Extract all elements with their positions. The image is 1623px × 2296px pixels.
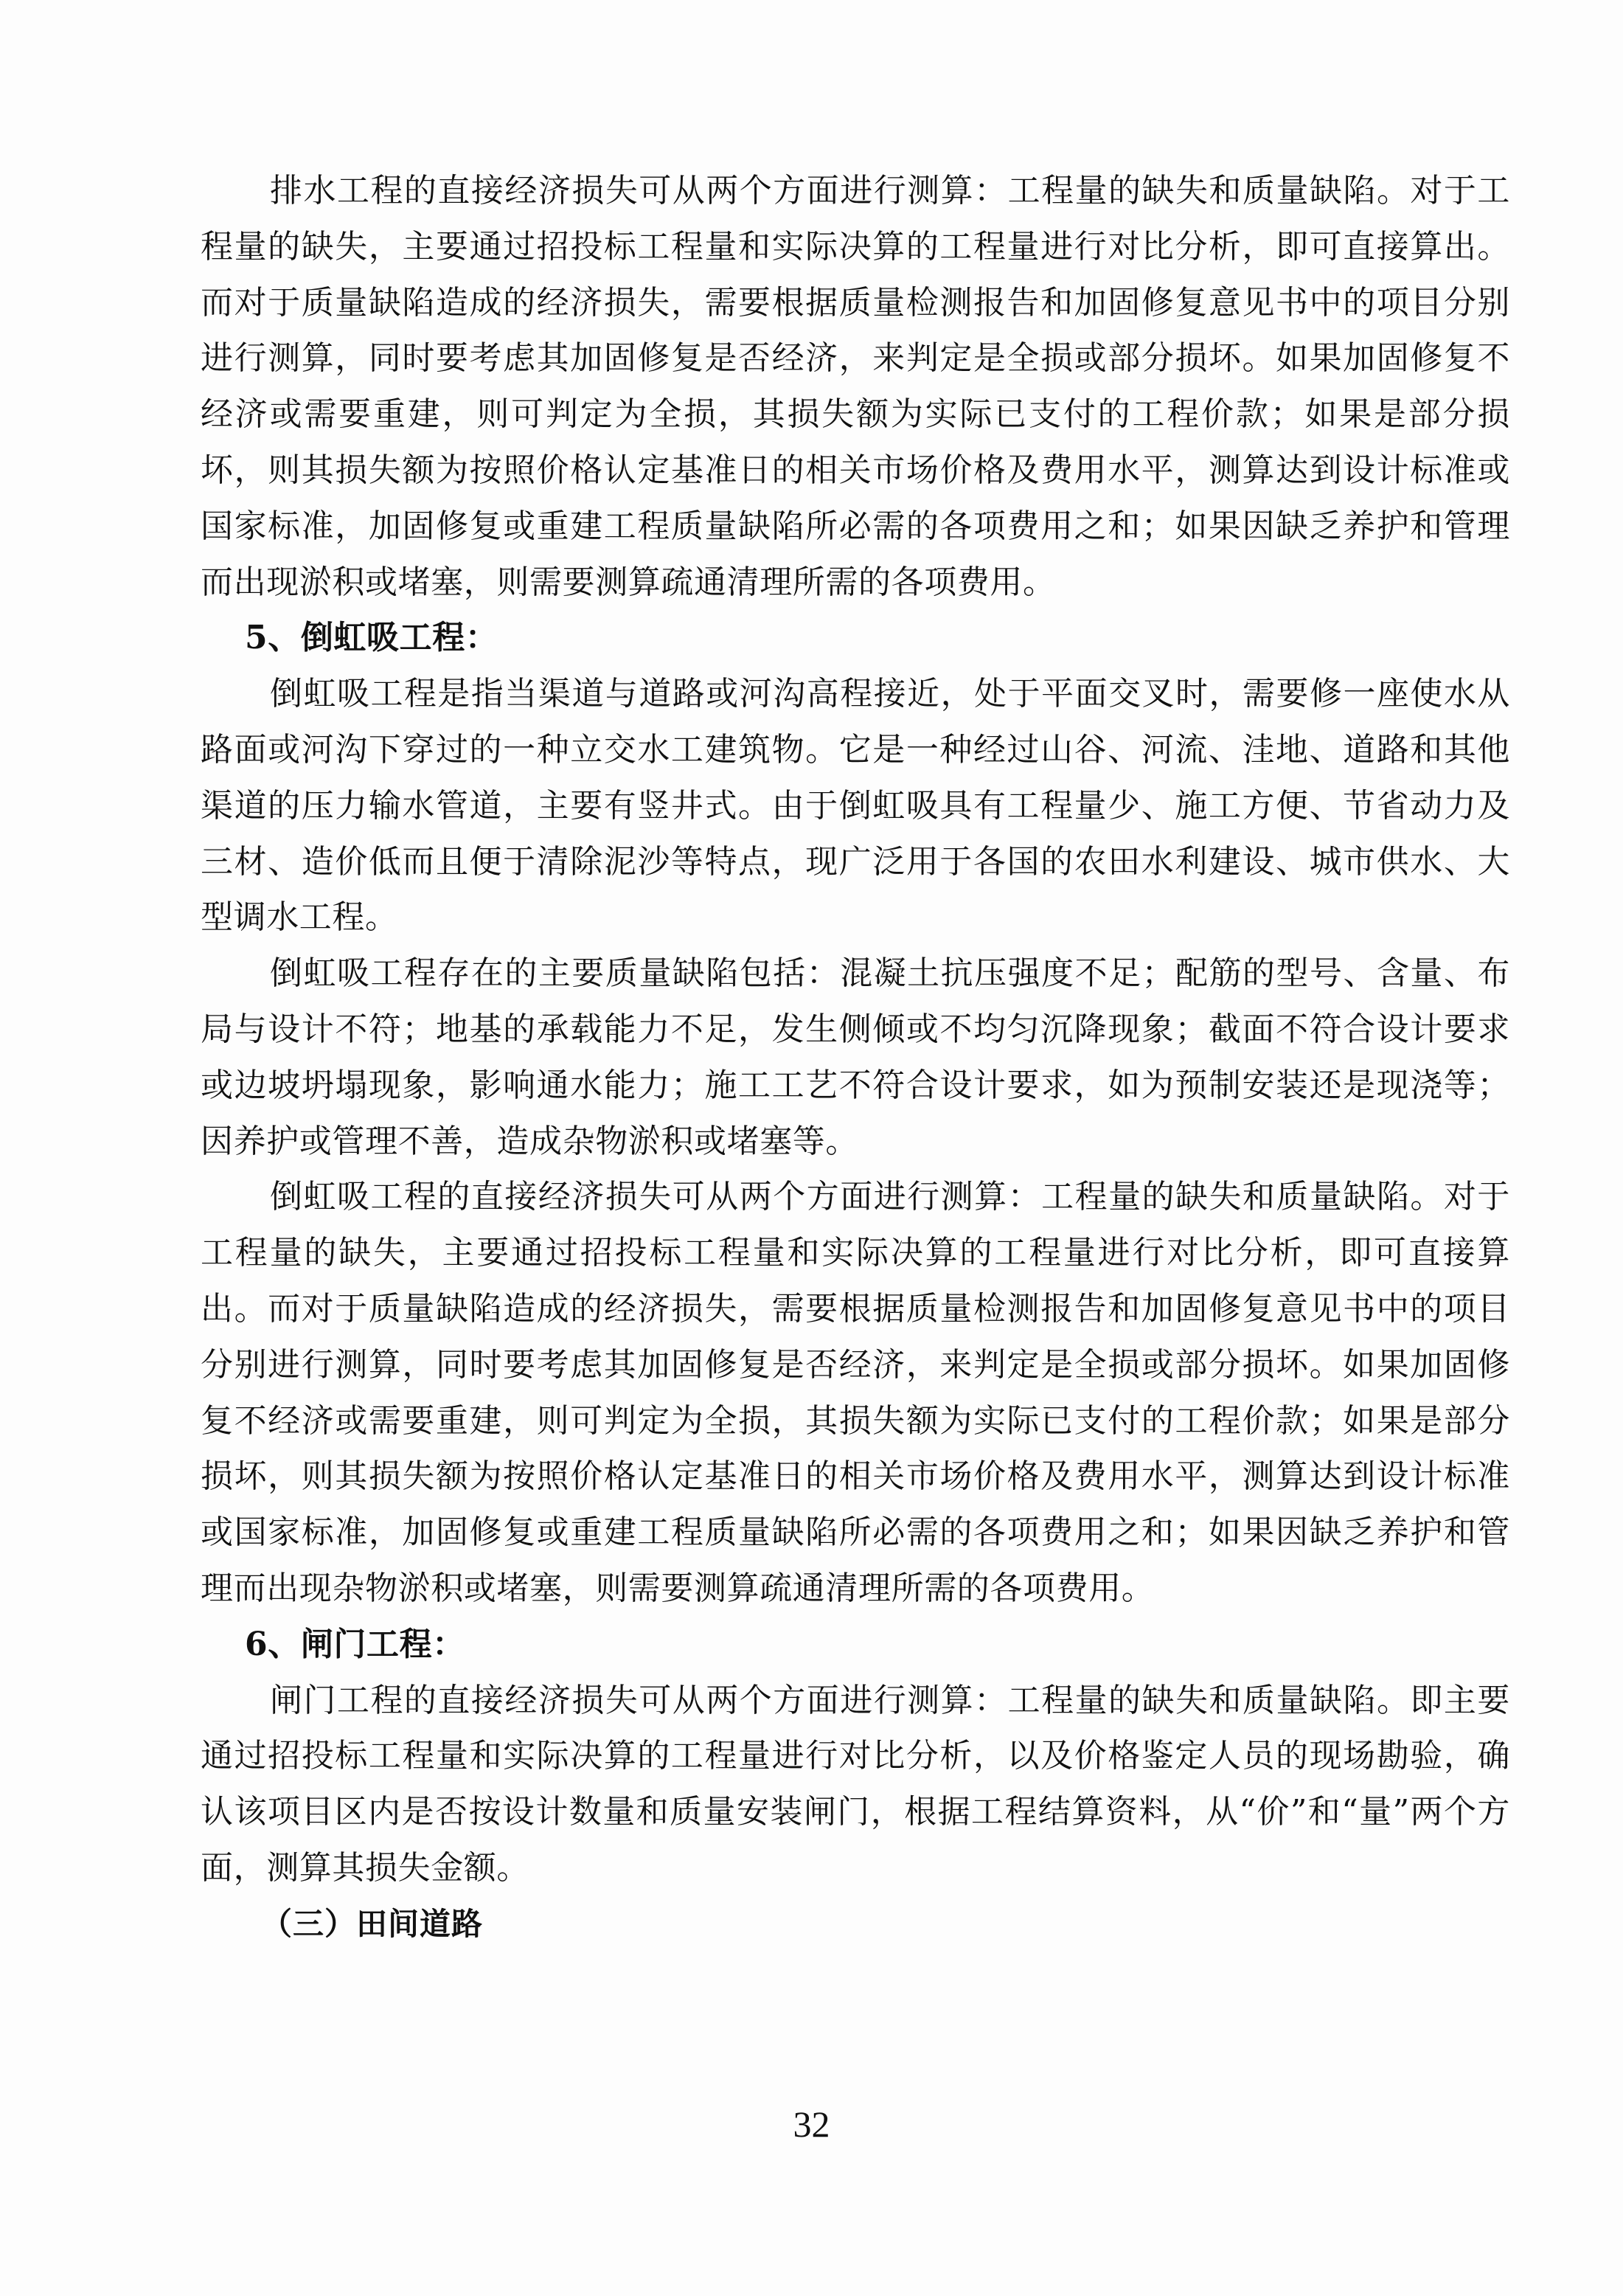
heading-inverted-siphon: 5、倒虹吸工程：	[201, 610, 1510, 666]
heading-sluice-gate: 6、闸门工程：	[201, 1617, 1510, 1673]
paragraph-drainage-loss: 排水工程的直接经济损失可从两个方面进行测算：工程量的缺失和质量缺陷。对于工程量的…	[201, 163, 1510, 610]
paragraph-siphon-loss: 倒虹吸工程的直接经济损失可从两个方面进行测算：工程量的缺失和质量缺陷。对于工程量…	[201, 1169, 1510, 1616]
paragraph-siphon-definition: 倒虹吸工程是指当渠道与道路或河沟高程接近，处于平面交叉时，需要修一座使水从路面或…	[201, 666, 1510, 946]
paragraph-siphon-defects: 倒虹吸工程存在的主要质量缺陷包括：混凝土抗压强度不足；配筋的型号、含量、布局与设…	[201, 946, 1510, 1169]
page-number: 32	[0, 2102, 1623, 2146]
heading-field-roads: （三）田间道路	[201, 1896, 1510, 1952]
paragraph-sluice-loss: 闸门工程的直接经济损失可从两个方面进行测算：工程量的缺失和质量缺陷。即主要通过招…	[201, 1673, 1510, 1896]
page-body: 排水工程的直接经济损失可从两个方面进行测算：工程量的缺失和质量缺陷。对于工程量的…	[201, 163, 1510, 1952]
